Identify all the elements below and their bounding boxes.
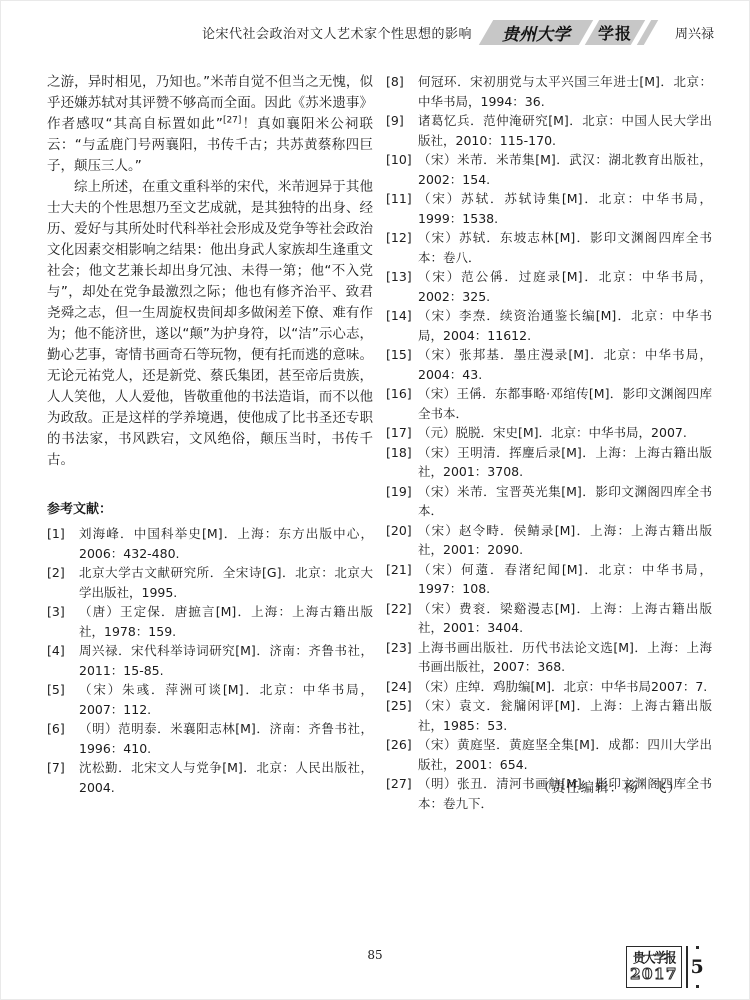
journal-page: 论宋代社会政治对文人艺术家个性思想的影响 贵州大学 学报 周兴禄 之游，异时相见… bbox=[0, 0, 750, 1000]
reference-item: [4]周兴禄．宋代科举诗词研究[M]．济南：齐鲁书社，2011：15-85. bbox=[47, 641, 373, 680]
reference-number: [4] bbox=[47, 641, 79, 680]
reference-item: [16]（宋）王偁．东都事略·邓绾传[M]．影印文渊阁四库全书本． bbox=[386, 384, 712, 423]
reference-item: [10]（宋）米芾．米芾集[M]．武汉：湖北教育出版社，2002：154. bbox=[386, 150, 712, 189]
reference-number: [12] bbox=[386, 228, 418, 267]
reference-item: [11]（宋）苏轼．苏轼诗集[M]．北京：中华书局，1999：1538. bbox=[386, 189, 712, 228]
reference-item: [3]（唐）王定保．唐摭言[M]．上海：上海古籍出版社，1978：159. bbox=[47, 602, 373, 641]
reference-number: [8] bbox=[386, 72, 418, 111]
reference-number: [7] bbox=[47, 758, 79, 797]
reference-text: （元）脱脱．宋史[M]．北京：中华书局，2007. bbox=[418, 423, 712, 443]
reference-number: [1] bbox=[47, 524, 79, 563]
reference-text: （宋）袁文．瓮牖闲评[M]．上海：上海古籍出版社，1985：53. bbox=[418, 696, 712, 735]
reference-text: （宋）张邦基．墨庄漫录[M]．北京：中华书局，2004：43. bbox=[418, 345, 712, 384]
reference-number: [15] bbox=[386, 345, 418, 384]
reference-text: 上海书画出版社．历代书法论文选[M]．上海：上海书画出版社，2007：368. bbox=[418, 638, 712, 677]
reference-number: [18] bbox=[386, 443, 418, 482]
reference-text: （宋）黄庭坚．黄庭坚全集[M]．成都：四川大学出版社，2001：654. bbox=[418, 735, 712, 774]
reference-text: （宋）王偁．东都事略·邓绾传[M]．影印文渊阁四库全书本． bbox=[418, 384, 712, 423]
reference-item: [8]何冠环．宋初朋党与太平兴国三年进士[M]．北京：中华书局，1994：36. bbox=[386, 72, 712, 111]
reference-number: [19] bbox=[386, 482, 418, 521]
reference-number: [25] bbox=[386, 696, 418, 735]
reference-number: [14] bbox=[386, 306, 418, 345]
reference-text: （明）范明泰．米襄阳志林[M]．济南：齐鲁书社，1996：410. bbox=[79, 719, 373, 758]
reference-number: [26] bbox=[386, 735, 418, 774]
reference-item: [14]（宋）李焘．续资治通鉴长编[M]．北京：中华书局，2004：11612. bbox=[386, 306, 712, 345]
reference-text: （宋）朱彧．萍洲可谈[M]．北京：中华书局，2007：112. bbox=[79, 680, 373, 719]
paragraph-continuation: 之游，异时相见，乃知也。”米芾自觉不但当之无愧，似乎还嫌苏轼对其评赞不够高而全面… bbox=[47, 72, 373, 177]
reference-item: [19]（宋）米芾．宝晋英光集[M]．影印文渊阁四库全书本． bbox=[386, 482, 712, 521]
reference-item: [6]（明）范明泰．米襄阳志林[M]．济南：齐鲁书社，1996：410. bbox=[47, 719, 373, 758]
reference-item: [9]诸葛忆兵．范仲淹研究[M]．北京：中国人民大学出版社，2010：115-1… bbox=[386, 111, 712, 150]
references-list-left: [1]刘海峰．中国科举史[M]．上海：东方出版中心，2006：432-480.[… bbox=[47, 524, 373, 797]
reference-item: [5]（宋）朱彧．萍洲可谈[M]．北京：中华书局，2007：112. bbox=[47, 680, 373, 719]
issue-dot-bottom-icon bbox=[696, 985, 699, 988]
university-logo-banner: 贵州大学 bbox=[479, 20, 593, 45]
reference-item: [2]北京大学古文献研究所．全宋诗[G]．北京：北京大学出版社，1995. bbox=[47, 563, 373, 602]
reference-number: [13] bbox=[386, 267, 418, 306]
running-title: 论宋代社会政治对文人艺术家个性思想的影响 bbox=[202, 23, 472, 42]
reference-text: 周兴禄．宋代科举诗词研究[M]．济南：齐鲁书社，2011：15-85. bbox=[79, 641, 373, 680]
issue-divider-line bbox=[686, 946, 688, 988]
reference-text: （宋）何薳．春渚纪闻[M]．北京：中华书局，1997：108. bbox=[418, 560, 712, 599]
reference-number: [2] bbox=[47, 563, 79, 602]
reference-item: [22]（宋）费衮．梁谿漫志[M]．上海：上海古籍出版社，2001：3404. bbox=[386, 599, 712, 638]
reference-number: [9] bbox=[386, 111, 418, 150]
reference-text: 何冠环．宋初朋党与太平兴国三年进士[M]．北京：中华书局，1994：36. bbox=[418, 72, 712, 111]
left-column: 之游，异时相见，乃知也。”米芾自觉不但当之无愧，似乎还嫌苏轼对其评赞不够高而全面… bbox=[47, 72, 373, 797]
author-name: 周兴禄 bbox=[675, 23, 714, 42]
reference-number: [3] bbox=[47, 602, 79, 641]
reference-number: [23] bbox=[386, 638, 418, 677]
issue-year: 2017 bbox=[630, 967, 678, 982]
university-name: 贵州大学 bbox=[502, 20, 570, 45]
reference-text: （唐）王定保．唐摭言[M]．上海：上海古籍出版社，1978：159. bbox=[79, 602, 373, 641]
journal-name-banner: 学报 bbox=[585, 20, 645, 45]
reference-item: [23]上海书画出版社．历代书法论文选[M]．上海：上海书画出版社，2007：3… bbox=[386, 638, 712, 677]
reference-number: [17] bbox=[386, 423, 418, 443]
reference-text: 沈松勤．北宋文人与党争[M]．北京：人民出版社，2004. bbox=[79, 758, 373, 797]
reference-item: [26]（宋）黄庭坚．黄庭坚全集[M]．成都：四川大学出版社，2001：654. bbox=[386, 735, 712, 774]
reference-text: 北京大学古文献研究所．全宋诗[G]．北京：北京大学出版社，1995. bbox=[79, 563, 373, 602]
reference-item: [21]（宋）何薳．春渚纪闻[M]．北京：中华书局，1997：108. bbox=[386, 560, 712, 599]
reference-text: （宋）苏轼．苏轼诗集[M]．北京：中华书局，1999：1538. bbox=[418, 189, 712, 228]
reference-text: 刘海峰．中国科举史[M]．上海：东方出版中心，2006：432-480. bbox=[79, 524, 373, 563]
right-column: [8]何冠环．宋初朋党与太平兴国三年进士[M]．北京：中华书局，1994：36.… bbox=[386, 72, 712, 813]
reference-number: [24] bbox=[386, 677, 418, 697]
reference-item: [25]（宋）袁文．瓮牖闲评[M]．上海：上海古籍出版社，1985：53. bbox=[386, 696, 712, 735]
issue-number: 5 bbox=[691, 958, 704, 977]
reference-number: [21] bbox=[386, 560, 418, 599]
reference-item: [20]（宋）赵令畤．侯鲭录[M]．上海：上海古籍出版社，2001：2090. bbox=[386, 521, 712, 560]
issue-dot-top-icon bbox=[696, 946, 699, 949]
reference-text: （宋）范公偁．过庭录[M]．北京：中华书局，2002：325. bbox=[418, 267, 712, 306]
reference-item: [15]（宋）张邦基．墨庄漫录[M]．北京：中华书局，2004：43. bbox=[386, 345, 712, 384]
page-header: 论宋代社会政治对文人艺术家个性思想的影响 贵州大学 学报 周兴禄 bbox=[40, 20, 714, 45]
conclusion-paragraph: 综上所述，在重文重科举的宋代，米芾迥异于其他士大夫的个性思想乃至文艺成就，是其独… bbox=[47, 177, 373, 471]
reference-item: [7]沈松勤．北宋文人与党争[M]．北京：人民出版社，2004. bbox=[47, 758, 373, 797]
journal-logo: 贵州大学 学报 bbox=[486, 20, 651, 45]
reference-item: [12]（宋）苏轼．东坡志林[M]．影印文渊阁四库全书本：卷八． bbox=[386, 228, 712, 267]
references-list-right: [8]何冠环．宋初朋党与太平兴国三年进士[M]．北京：中华书局，1994：36.… bbox=[386, 72, 712, 813]
reference-text: （宋）庄绰．鸡肋编[M]．北京：中华书局2007：7. bbox=[418, 677, 712, 697]
reference-text: （宋）李焘．续资治通鉴长编[M]．北京：中华书局，2004：11612. bbox=[418, 306, 712, 345]
reference-text: （宋）费衮．梁谿漫志[M]．上海：上海古籍出版社，2001：3404. bbox=[418, 599, 712, 638]
reference-item: [17]（元）脱脱．宋史[M]．北京：中华书局，2007. bbox=[386, 423, 712, 443]
citation-superscript: [27] bbox=[223, 116, 241, 126]
reference-text: （宋）米芾．宝晋英光集[M]．影印文渊阁四库全书本． bbox=[418, 482, 712, 521]
reference-item: [13]（宋）范公偁．过庭录[M]．北京：中华书局，2002：325. bbox=[386, 267, 712, 306]
reference-item: [24]（宋）庄绰．鸡肋编[M]．北京：中华书局2007：7. bbox=[386, 677, 712, 697]
reference-number: [6] bbox=[47, 719, 79, 758]
reference-item: [1]刘海峰．中国科举史[M]．上海：东方出版中心，2006：432-480. bbox=[47, 524, 373, 563]
reference-number: [20] bbox=[386, 521, 418, 560]
issue-logo-box: 贵大学报 2017 bbox=[626, 946, 682, 988]
reference-number: [10] bbox=[386, 150, 418, 189]
reference-text: （宋）赵令畤．侯鲭录[M]．上海：上海古籍出版社，2001：2090. bbox=[418, 521, 712, 560]
reference-number: [22] bbox=[386, 599, 418, 638]
issue-number-column: 5 bbox=[691, 946, 704, 988]
issue-logo: 贵大学报 2017 5 bbox=[626, 946, 704, 988]
reference-text: 诸葛忆兵．范仲淹研究[M]．北京：中国人民大学出版社，2010：115-170. bbox=[418, 111, 712, 150]
reference-number: [16] bbox=[386, 384, 418, 423]
reference-item: [18]（宋）王明清．挥麈后录[M]．上海：上海古籍出版社，2001：3708. bbox=[386, 443, 712, 482]
journal-name: 学报 bbox=[598, 21, 632, 44]
references-heading: 参考文献： bbox=[47, 498, 373, 517]
reference-text: （宋）苏轼．东坡志林[M]．影印文渊阁四库全书本：卷八． bbox=[418, 228, 712, 267]
responsible-editor-note: （责任编辑：杨 飞） bbox=[386, 776, 712, 796]
reference-text: （宋）王明清．挥麈后录[M]．上海：上海古籍出版社，2001：3708. bbox=[418, 443, 712, 482]
reference-number: [11] bbox=[386, 189, 418, 228]
issue-masthead-text: 贵大学报 bbox=[633, 951, 675, 965]
reference-text: （宋）米芾．米芾集[M]．武汉：湖北教育出版社，2002：154. bbox=[418, 150, 712, 189]
reference-number: [5] bbox=[47, 680, 79, 719]
